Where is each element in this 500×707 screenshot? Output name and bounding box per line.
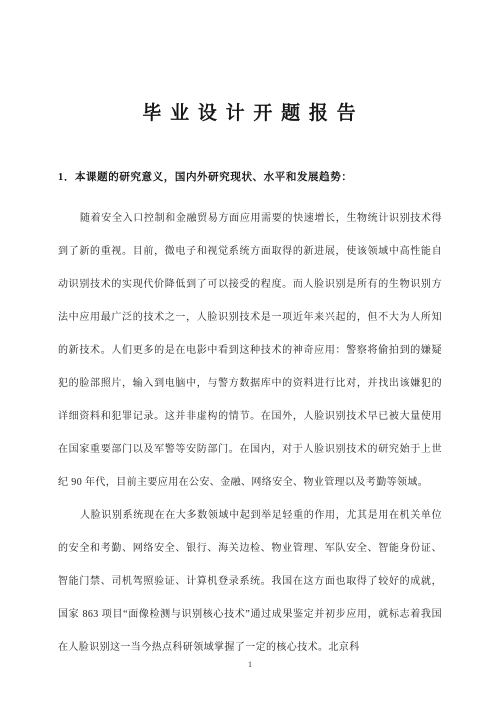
page-title: 毕 业 设 计 开 题 报 告 — [58, 0, 442, 125]
page-number: 1 — [0, 660, 500, 669]
document-page: 毕 业 设 计 开 题 报 告 1．本课题的研究意义，国内外研究现状、水平和发展… — [0, 0, 500, 707]
section-heading: 1．本课题的研究意义，国内外研究现状、水平和发展趋势： — [58, 169, 442, 184]
paragraph-2: 人脸识别系统现在在大多数领域中起到举足轻重的作用，尤其是用在机关单位的安全和考勤… — [58, 499, 442, 664]
paragraph-1: 随着安全入口控制和金融贸易方面应用需要的快速增长，生物统计识别技术得到了新的重视… — [58, 202, 442, 499]
